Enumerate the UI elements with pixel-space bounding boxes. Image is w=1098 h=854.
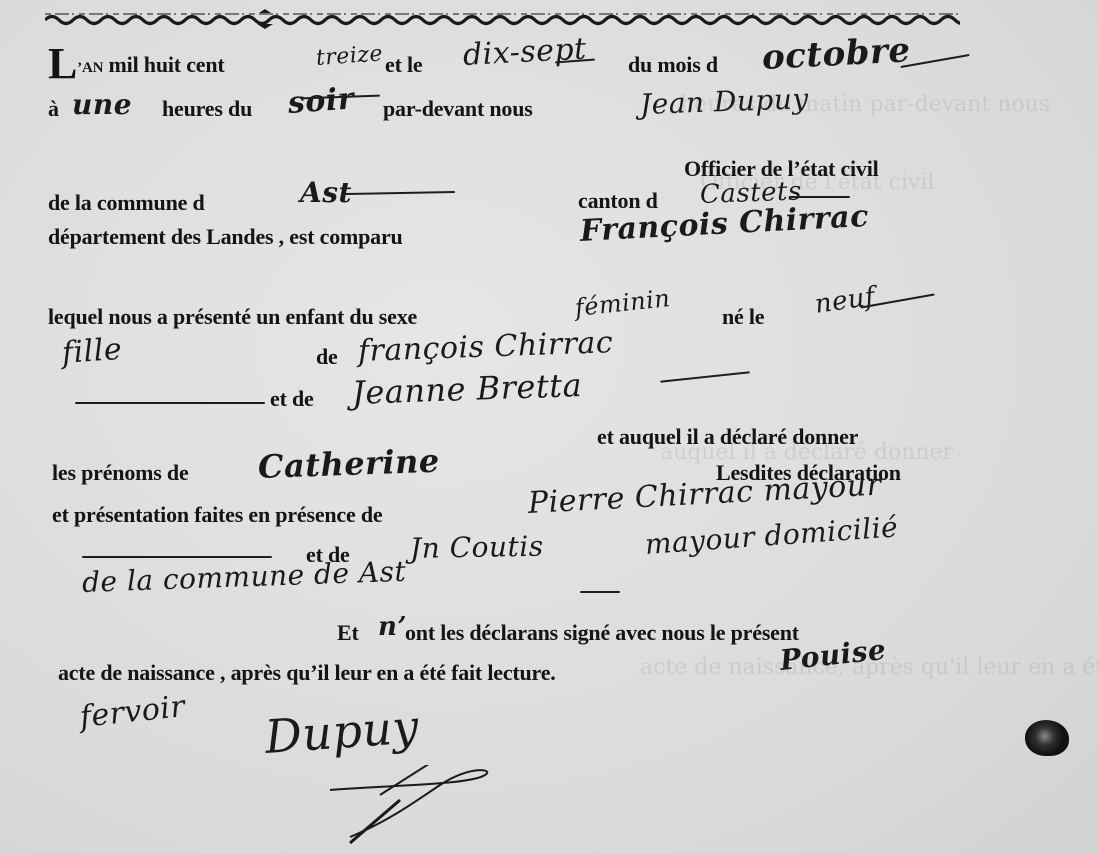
blank-line: [75, 402, 265, 404]
printed-line-13a: Et: [337, 620, 359, 646]
fill-line: [580, 591, 620, 593]
signature-left: fervoir: [78, 689, 187, 735]
handwritten-sex: féminin: [574, 284, 672, 322]
handwritten-mother: Jeanne Bretta: [351, 366, 582, 412]
handwritten-time-of-day: soir: [287, 81, 355, 121]
printed-line-9: et auquel il a déclaré donner: [597, 424, 858, 450]
handwritten-negation-mark: n’: [378, 612, 407, 642]
handwritten-hour: une: [72, 88, 132, 121]
printed-line-4a: de la commune d: [48, 190, 205, 216]
handwritten-year: treize: [315, 41, 384, 71]
printed-line-11: et présentation faites en présence de: [52, 502, 382, 528]
printed-line-14: acte de naissance , après qu’il leur en …: [58, 660, 556, 686]
handwritten-witness-1: Pierre Chirrac mayour: [527, 468, 882, 521]
printed-line-7: de: [316, 344, 338, 370]
signature-flourish-icon: [320, 765, 500, 845]
printed-line-10a: les prénoms de: [52, 460, 189, 486]
printed-line-13b: ont les déclarans signé avec nous le pré…: [405, 620, 799, 646]
printed-line-6a: lequel nous a présenté un enfant du sexe: [48, 304, 417, 330]
handwritten-witness-2-note: mayour domicilié: [644, 510, 899, 561]
handwritten-month: octobre: [761, 30, 911, 78]
civil-record-page: heures du matin par-devant nous Officier…: [0, 0, 1098, 854]
handwritten-given-name: Catherine: [257, 442, 440, 486]
handwritten-residence: de la commune de Ast: [81, 555, 406, 599]
printed-line-1b: et le: [385, 52, 422, 78]
signature-officer: Dupuy: [263, 699, 420, 764]
printed-line-1: L’AN mil huit cent: [48, 42, 224, 86]
fill-line: [790, 196, 850, 198]
handwritten-officer-name: Jean Dupuy: [639, 82, 809, 121]
blank-line: [82, 556, 272, 558]
printed-line-2a: à: [48, 96, 59, 122]
fill-line: [345, 191, 455, 194]
printed-line-2c: par-devant nous: [383, 96, 533, 122]
printed-line-2b: heures du: [162, 96, 252, 122]
handwritten-day: dix-sept: [462, 32, 587, 73]
printed-line-8: et de: [270, 386, 314, 412]
handwritten-born-on: neuf: [813, 282, 877, 320]
printed-line-6b: né le: [722, 304, 764, 330]
handwritten-father: françois Chirrac: [357, 325, 613, 369]
printed-line-5: département des Landes , est comparu: [48, 224, 403, 250]
printed-line-1c: du mois d: [628, 52, 718, 78]
handwritten-witness-2: Jn Coutis: [410, 530, 544, 565]
fill-line: [660, 371, 750, 382]
handwritten-born-suffix: fille: [61, 332, 123, 371]
ornament-border-icon: [45, 8, 960, 30]
ink-blot: [1025, 720, 1069, 756]
